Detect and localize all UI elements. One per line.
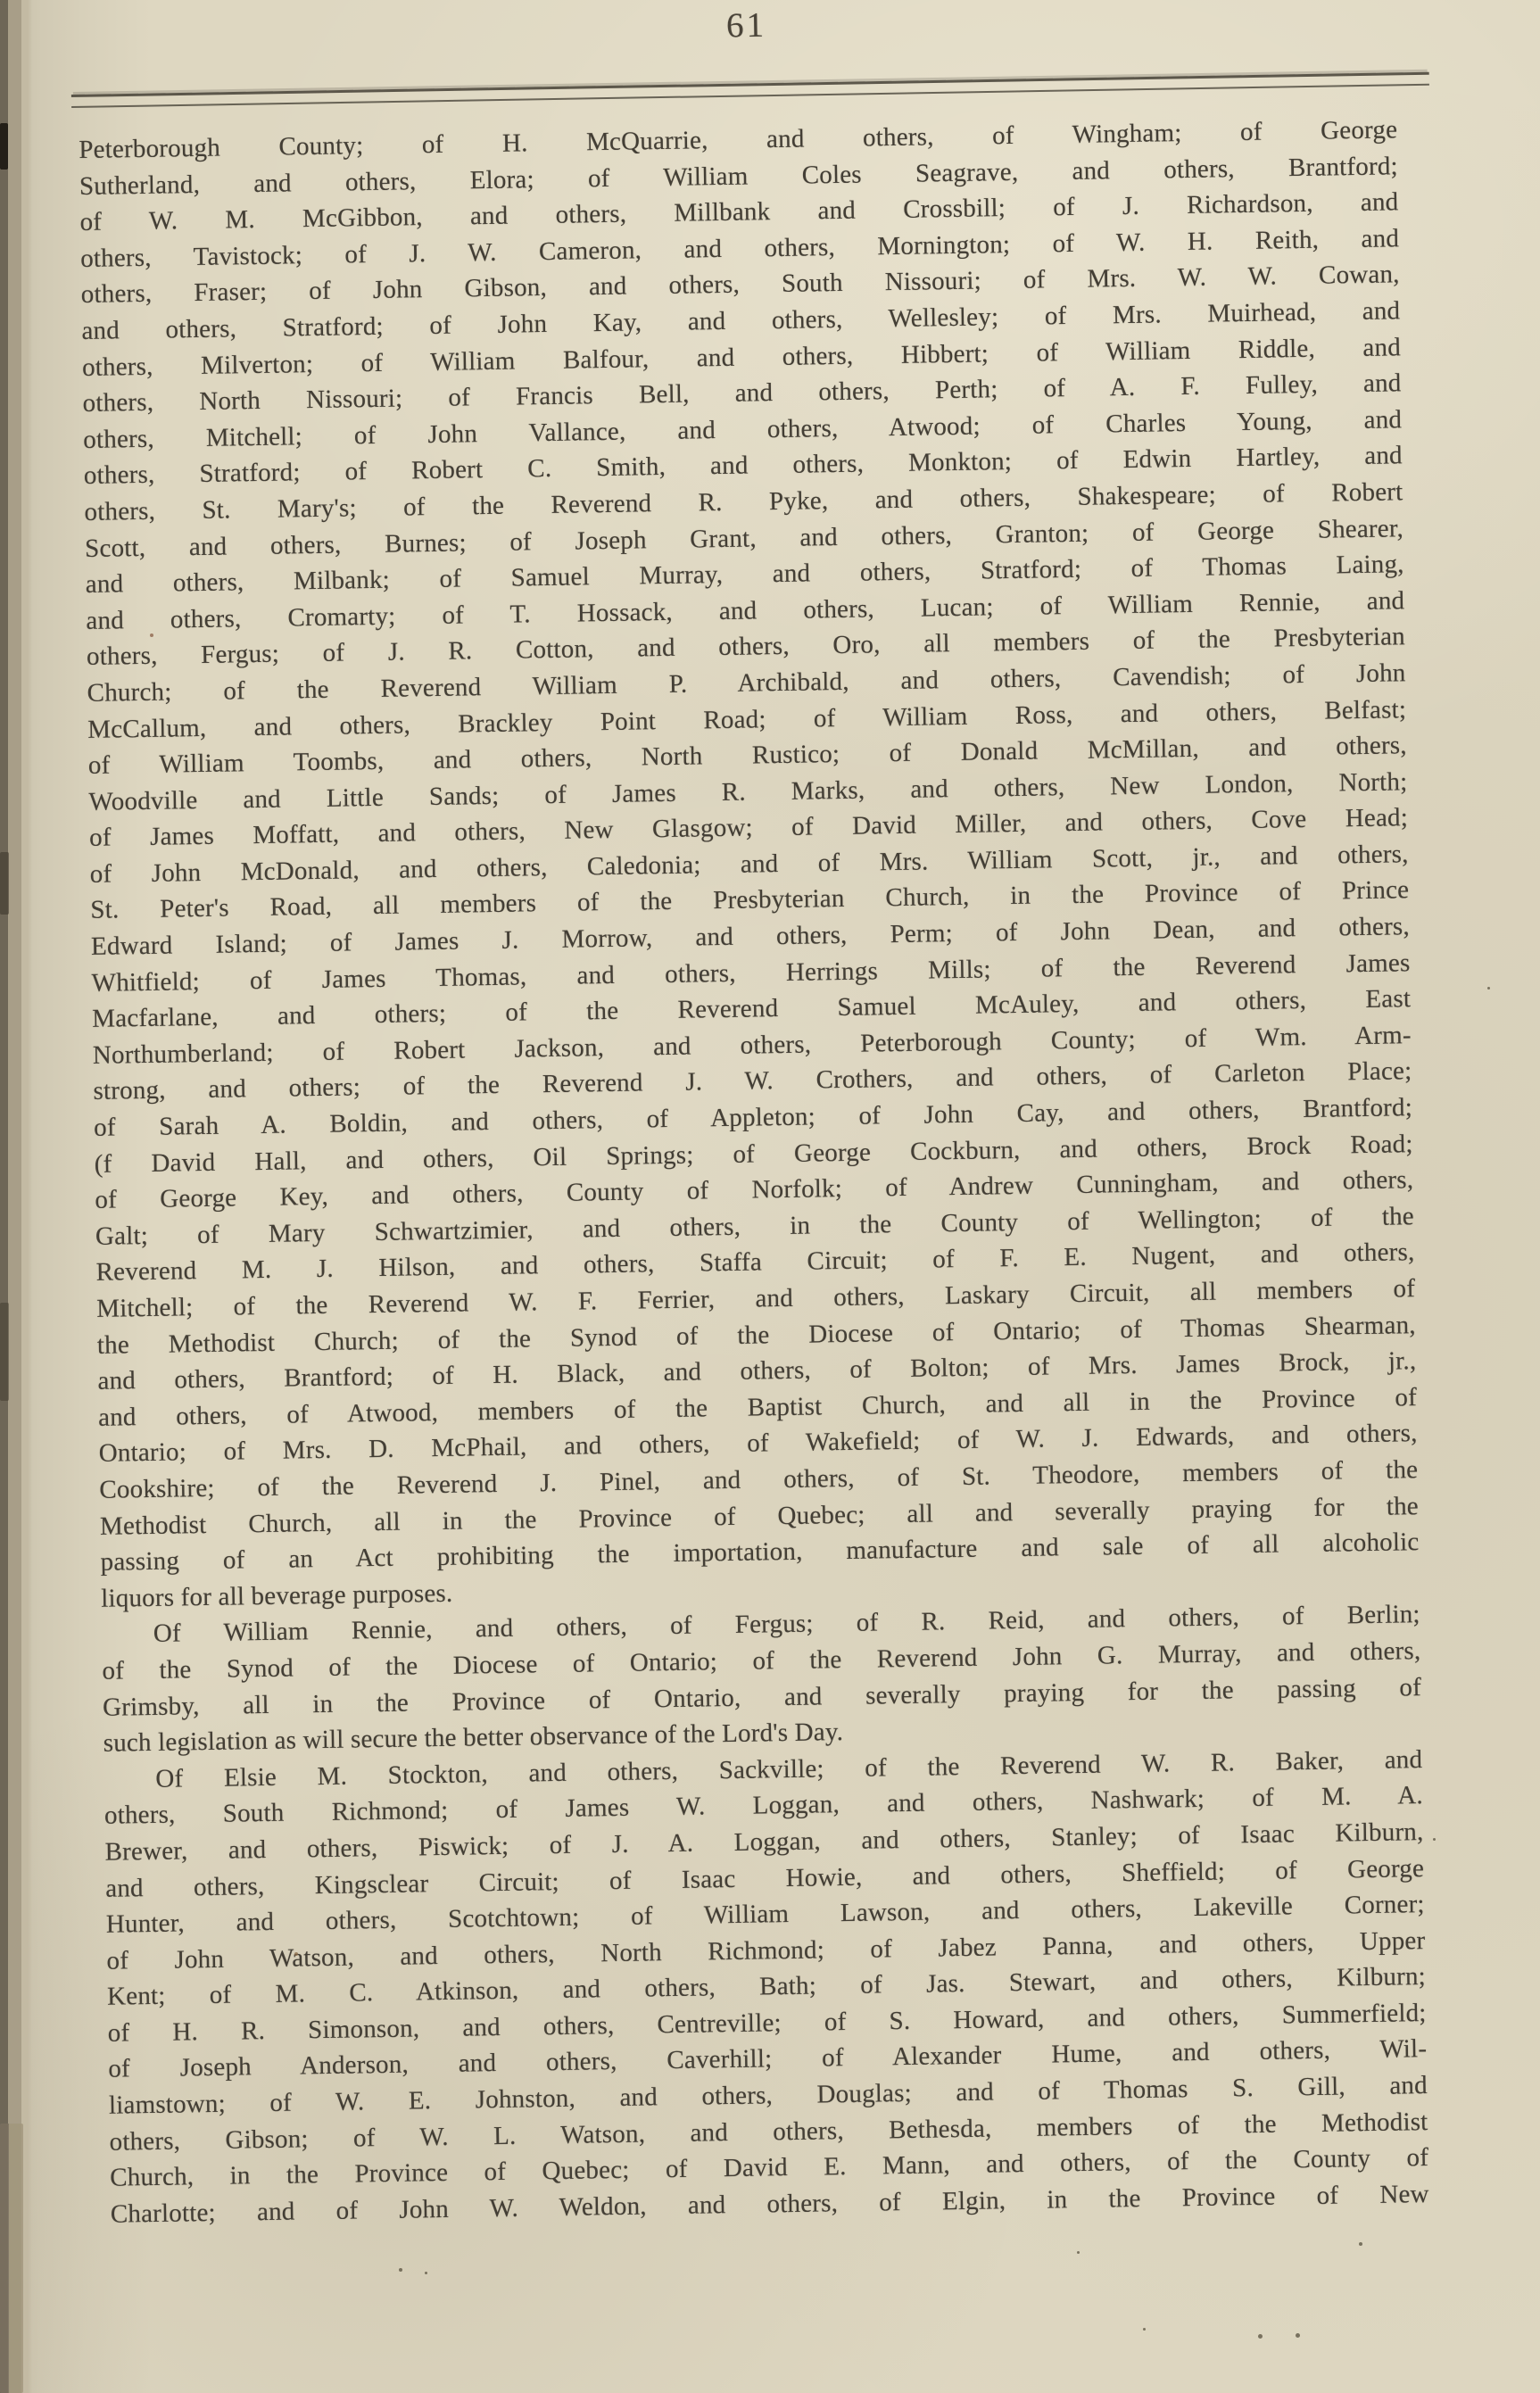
header-rule [71, 72, 1429, 108]
paragraph: Of William Rennie, and others, of Fergus… [102, 1596, 1422, 1761]
paper-speck [425, 2272, 427, 2274]
paper-speck [1433, 1838, 1436, 1841]
paper-speck [1077, 2251, 1080, 2254]
paragraph: Of Elsie M. Stockton, and others, Sackvi… [103, 1742, 1429, 2232]
paper-speck [294, 1952, 298, 1956]
binding-mark [0, 1303, 9, 1401]
binding-mark [0, 852, 9, 915]
page-number: 61 [726, 5, 767, 46]
paper-speck [399, 2268, 402, 2272]
paper-speck [1296, 2333, 1300, 2338]
paper-speck [1487, 987, 1490, 989]
paper-speck [1258, 2334, 1263, 2339]
paragraph: Peterborough County; of H. McQuarrie, an… [79, 112, 1420, 1617]
paper-speck [150, 633, 153, 637]
binding-mark [0, 2124, 23, 2393]
scanned-page: 61 Peterborough County; of H. McQuarrie,… [0, 0, 1540, 2393]
book-binding-edge [0, 0, 32, 2393]
paper-speck [1359, 2242, 1362, 2246]
binding-mark [0, 123, 8, 170]
petitions-text-block: Peterborough County; of H. McQuarrie, an… [79, 112, 1429, 2232]
paper-speck [1143, 2328, 1146, 2331]
